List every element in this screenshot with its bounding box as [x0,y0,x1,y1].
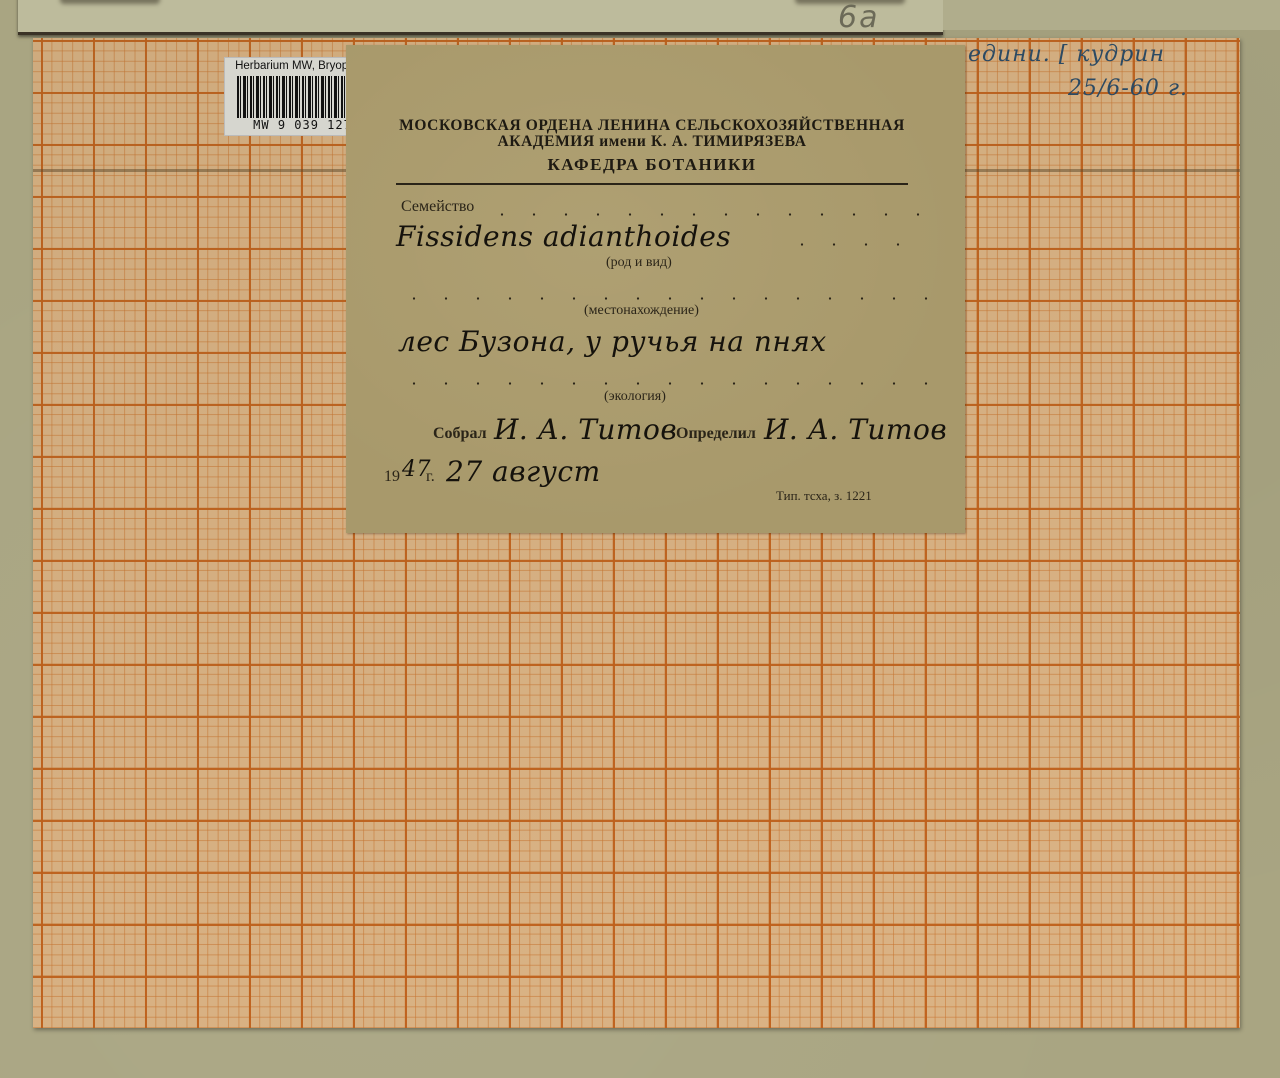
annotation-line1: едини. [ кудрин [968,42,1165,67]
collector-label: Собрал [433,425,487,443]
determiner-value: И. А. Титов [764,413,947,446]
dotted-line [486,213,926,216]
determiner-label: Определил [676,425,756,443]
institution-name-line2: АКАДЕМИЯ имени К. А. ТИМИРЯЗЕВА [390,133,914,151]
annotation-line2: 25/6-60 г. [1068,76,1188,101]
family-label: Семейство [401,198,474,216]
ecology-caption: (экология) [604,389,666,405]
dotted-line [786,243,926,246]
specimen-label: МОСКОВСКАЯ ОРДЕНА ЛЕНИНА СЕЛЬСКОХОЗЯЙСТВ… [346,45,965,533]
date-value: 27 август [446,455,601,488]
year-suffix: г. [426,468,435,486]
dotted-line [398,297,928,300]
print-info: Тип. тсха, з. 1221 [776,488,872,504]
collector-value: И. А. Титов [494,413,677,446]
sheet-number: 6а [838,0,879,35]
species-caption: (род и вид) [606,255,672,271]
dotted-line [398,382,928,385]
header-divider [396,183,908,185]
folder-top-sheet-right [943,0,1280,30]
paper-shadow [60,0,160,4]
species-value: Fissidens adianthoides [396,220,731,253]
folder-top-sheet [18,0,943,35]
locality-value: лес Бузона, у ручья на пнях [398,325,827,358]
locality-caption: (местонахождение) [584,303,699,319]
year-prefix: 19 [384,468,400,486]
department-name: КАФЕДРА БОТАНИКИ [390,155,914,175]
